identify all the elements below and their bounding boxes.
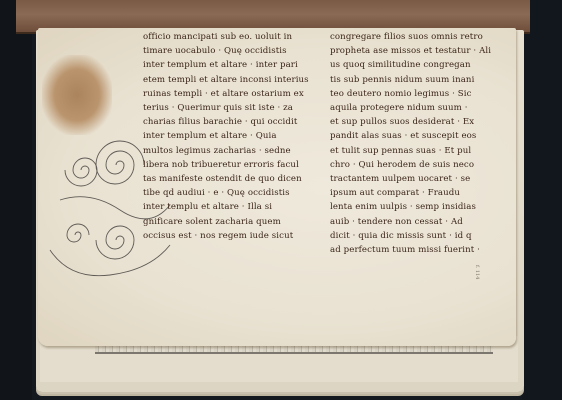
shelfmark-annotation: f. 114: [474, 265, 480, 279]
text-line: et sup pullos suos desiderat · Ex: [330, 115, 491, 129]
text-line: inter templum et altare · inter pari: [143, 58, 309, 72]
text-line: tis sub pennis nidum suum inani: [330, 73, 491, 87]
text-line: occisus est · nos regem iude sicut: [143, 229, 309, 243]
text-line: terius · Querimur quis sit iste · za: [143, 101, 309, 115]
text-line: et tulit sup pennas suas · Et pul: [330, 144, 491, 158]
text-line: auib · tendere non cessat · Ad: [330, 215, 491, 229]
text-line: libera nob tribueretur erroris facul: [143, 158, 309, 172]
text-line: multos legimus zacharias · sedne: [143, 144, 309, 158]
text-line: congregare filios suos omnis retro: [330, 30, 491, 44]
stain: [42, 55, 112, 135]
text-line: inter templu et altare · Illa si: [143, 200, 309, 214]
text-line: ad perfectum tuum missi fuerint ·: [330, 243, 491, 257]
text-line: gnificare solent zacharia quem: [143, 215, 309, 229]
text-line: tas manifeste ostendit de quo dicen: [143, 172, 309, 186]
text-line: timare uocabulo · Quę occidistis: [143, 44, 309, 58]
text-line: aquila protegere nidum suum ·: [330, 101, 491, 115]
dark-background-right: [522, 0, 562, 400]
text-line: pandit alas suas · et suscepit eos: [330, 129, 491, 143]
text-line: ruinas templi · et altare ostarium ex: [143, 87, 309, 101]
text-line: charias filius barachie · qui occidit: [143, 115, 309, 129]
text-line: dicit · quia dic missis sunt · id q: [330, 229, 491, 243]
text-line: tibe qd audiui · e · Quę occidistis: [143, 186, 309, 200]
text-column-left: officio mancipati sub eo. uoluit in tima…: [143, 30, 309, 243]
text-line: propheta ase missos et testatur · Ali: [330, 44, 491, 58]
text-line: etem templi et altare inconsi interius: [143, 73, 309, 87]
text-line: chro · Qui herodem de suis neco: [330, 158, 491, 172]
text-line: teo deutero nomio legimus · Sic: [330, 87, 491, 101]
text-line: ipsum aut comparat · Fraudu: [330, 186, 491, 200]
text-line: us quoq similitudine congregan: [330, 58, 491, 72]
text-line: inter templum et altare · Quia: [143, 129, 309, 143]
text-line: officio mancipati sub eo. uoluit in: [143, 30, 309, 44]
dark-background-left: [0, 0, 32, 400]
text-line: tractantem uulpem uocaret · se: [330, 172, 491, 186]
text-line: lenta enim uulpis · semp insidias: [330, 200, 491, 214]
text-column-right: congregare filios suos omnis retro proph…: [330, 30, 491, 257]
